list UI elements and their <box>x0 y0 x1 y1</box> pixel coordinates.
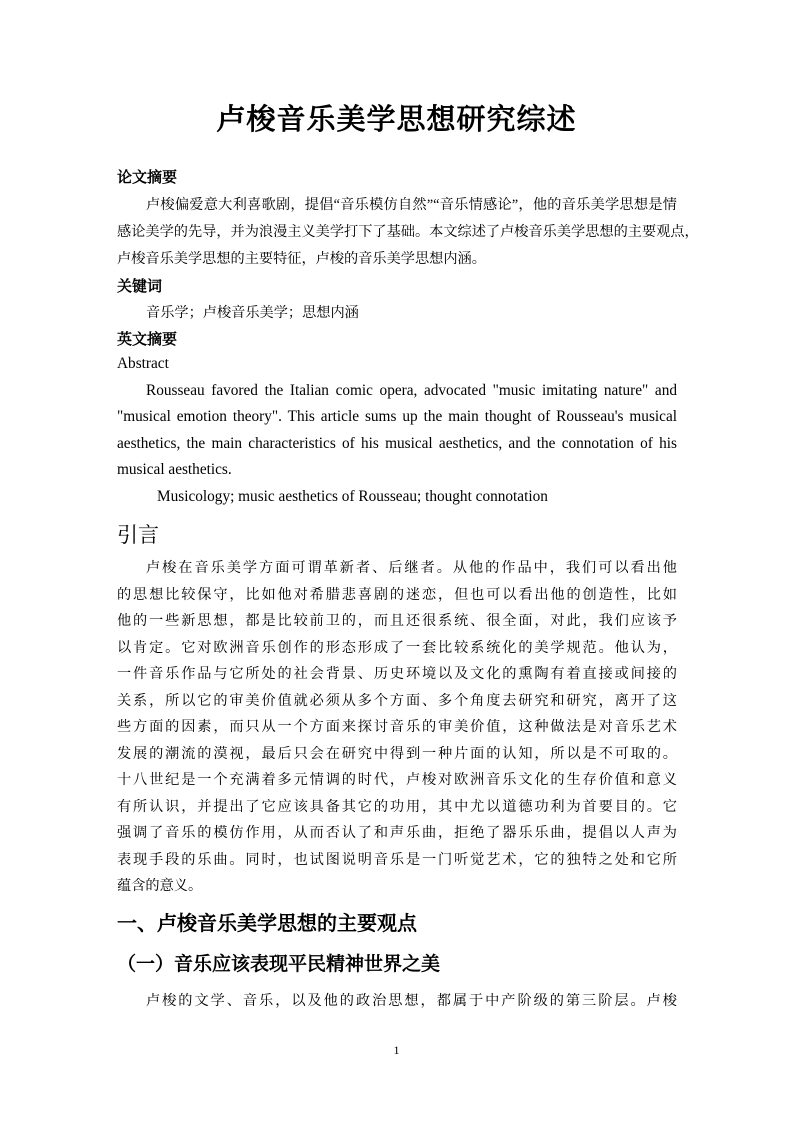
en-abstract-line: "musical emotion theory". This article s… <box>117 408 677 426</box>
intro-line: 关系，所以它的审美价值就必须从多个方面、多个角度去研究和研究，离开了这 <box>117 690 677 710</box>
intro-line: 以肯定。它对欧洲音乐创作的形态形成了一套比较系统化的美学规范。他认为， <box>117 637 677 657</box>
intro-line: 强调了音乐的模仿作用，从而否认了和声乐曲，拒绝了器乐乐曲，提倡以人声为 <box>117 822 677 842</box>
intro-line: 他的一些新思想，都是比较前卫的，而且还很系统、很全面，对此，我们应该予 <box>117 610 677 630</box>
section-heading: 一、卢梭音乐美学思想的主要观点 <box>117 907 417 936</box>
keywords-text: 音乐学；卢梭音乐美学；思想内涵 <box>146 302 677 322</box>
intro-line: 有所认识，并提出了它应该具备其它的功用，其中尤以道德功利为首要目的。它 <box>117 796 677 816</box>
page-number: 1 <box>0 1043 793 1058</box>
en-keywords-text: Musicology; music aesthetics of Rousseau… <box>157 488 717 506</box>
en-abstract-heading: 英文摘要 <box>117 328 177 349</box>
abstract-line: 卢梭音乐美学思想的主要特征，卢梭的音乐美学思想内涵。 <box>117 248 677 268</box>
en-abstract-line: Rousseau favored the Italian comic opera… <box>146 382 677 400</box>
intro-heading: 引言 <box>117 519 159 549</box>
document-page: 卢梭音乐美学思想研究综述 论文摘要 卢梭偏爱意大利喜歌剧，提倡“音乐模仿自然”“… <box>0 0 793 1122</box>
body-line: 卢梭的文学、音乐，以及他的政治思想，都属于中产阶级的第三阶层。卢梭 <box>146 990 677 1010</box>
intro-line: 一件音乐作品与它所处的社会背景、历史环境以及文化的熏陶有着直接或间接的 <box>117 663 677 683</box>
intro-line: 的思想比较保守，比如他对希腊悲喜剧的迷恋，但也可以看出他的创造性，比如 <box>117 584 677 604</box>
keywords-heading: 关键词 <box>117 275 162 296</box>
document-title: 卢梭音乐美学思想研究综述 <box>0 97 793 138</box>
abstract-heading: 论文摘要 <box>117 166 177 187</box>
intro-line: 些方面的因素，而只从一个方面来探讨音乐的审美价值，这种做法是对音乐艺术 <box>117 716 677 736</box>
intro-line: 十八世纪是一个充满着多元情调的时代，卢梭对欧洲音乐文化的生存价值和意义 <box>117 769 677 789</box>
en-abstract-label: Abstract <box>117 355 677 373</box>
en-abstract-line: aesthetics, the main characteristics of … <box>117 435 677 453</box>
intro-line: 发展的潮流的漠视，最后只会在研究中得到一种片面的认知，所以是不可取的。 <box>117 743 677 763</box>
en-abstract-line: musical aesthetics. <box>117 461 677 479</box>
intro-line: 表现手段的乐曲。同时，也试图说明音乐是一门听觉艺术，它的独特之处和它所 <box>117 849 677 869</box>
abstract-line: 卢梭偏爱意大利喜歌剧，提倡“音乐模仿自然”“音乐情感论”，他的音乐美学思想是情 <box>146 194 677 214</box>
abstract-line: 感论美学的先导，并为浪漫主义美学打下了基础。本文综述了卢梭音乐美学思想的主要观点… <box>117 221 677 241</box>
intro-line: 卢梭在音乐美学方面可谓革新者、后继者。从他的作品中，我们可以看出他 <box>146 557 677 577</box>
intro-line: 蕴含的意义。 <box>117 875 677 895</box>
subsection-heading: （一）音乐应该表现平民精神世界之美 <box>117 949 440 976</box>
